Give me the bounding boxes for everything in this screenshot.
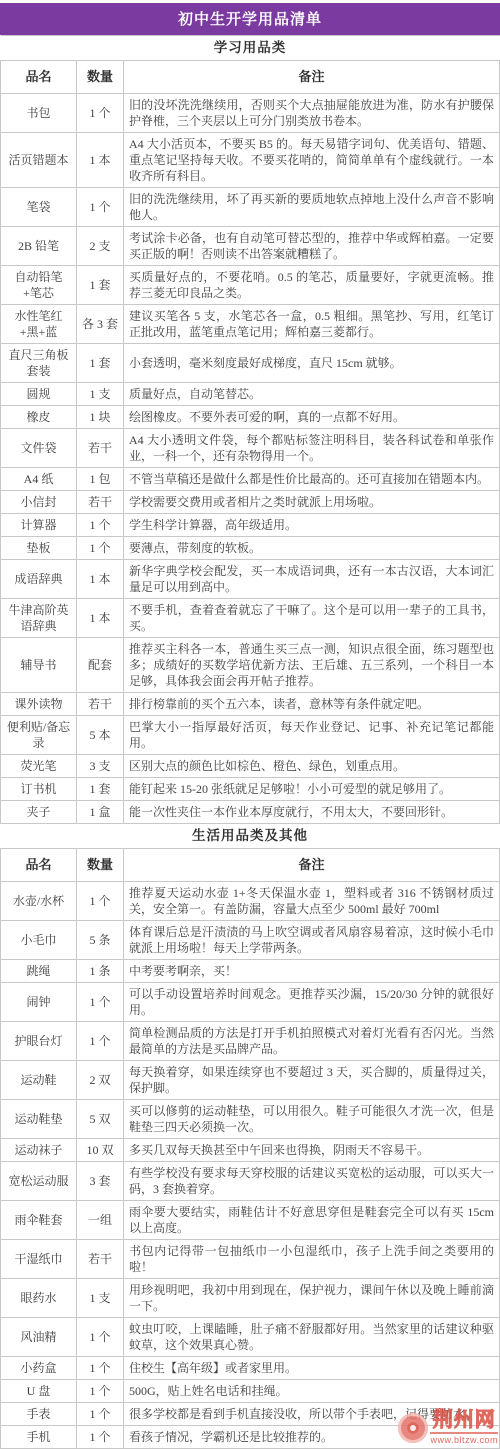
item-name-cell: 小毛巾 (1, 921, 77, 960)
column-header-name: 品名 (1, 61, 77, 94)
table-row: U 盘 1 个 500G，贴上姓名电话和挂绳。 (1, 1380, 500, 1403)
table-row: 文件袋 若干 A4 大小透明文件袋，每个都贴标签注明科目，装各科试卷和单张作业，… (1, 429, 500, 468)
table-row: 手表 1 个 很多学校都是看到手机直接没收，所以带个手表吧，记得要防水。 (1, 1403, 500, 1426)
item-qty-cell: 一组 (77, 1201, 124, 1240)
item-qty-cell: 1 条 (77, 960, 124, 983)
item-name-cell: 风油精 (1, 1318, 77, 1357)
column-header-name: 品名 (1, 849, 77, 882)
item-qty-cell: 1 套 (77, 344, 124, 383)
item-qty-cell: 5 条 (77, 921, 124, 960)
table-row: 自动铅笔+笔芯 1 套 买质量好点的，不要花哨。0.5 的笔芯，质量要好，字就更… (1, 266, 500, 305)
item-qty-cell: 2 支 (77, 227, 124, 266)
item-qty-cell: 各 3 套 (77, 305, 124, 344)
table-row: 水壶/水杯 1 个 推荐夏天运动水壶 1+冬天保温水壶 1，塑料或者 316 不… (1, 882, 500, 921)
item-note-cell: 要薄点，带刻度的软板。 (124, 537, 500, 560)
item-note-cell: 看孩子情况，学霸机还是比较推荐的。 (124, 1426, 500, 1449)
item-note-cell: 旧的没坏洗洗继续用，否则买个大点抽屉能放进为准，防水有护腰保护脊椎，三个夹层以上… (124, 94, 500, 133)
table-row: 直尺三角板套装 1 套 小套透明，毫米刻度最好成梯度，直尺 15cm 就够。 (1, 344, 500, 383)
table-row: 小信封 若干 学校需要交费用或者相片之类时就派上用场啦。 (1, 491, 500, 514)
column-header-row: 品名 数量 备注 (1, 61, 500, 94)
item-qty-cell: 若干 (77, 693, 124, 716)
item-note-cell: 简单检测品质的方法是打开手机拍照模式对着灯光看有否闪光。当然最简单的方法是买品牌… (124, 1022, 500, 1061)
item-note-cell: 500G，贴上姓名电话和挂绳。 (124, 1380, 500, 1403)
item-qty-cell: 1 个 (77, 1357, 124, 1380)
table-row: 夹子 1 盒 能一次性夹住一本作业本厚度就行，不用太大，不要回形针。 (1, 801, 500, 824)
item-name-cell: U 盘 (1, 1380, 77, 1403)
table-row: 运动鞋 2 双 每天换着穿，如果连续穿也不要超过 3 天，买合脚的，质量得过关，… (1, 1061, 500, 1100)
item-note-cell: A4 大小活页本，不要买 B5 的。每天易错字词句、优美语句、错题、重点笔记坚持… (124, 133, 500, 188)
supplies-checklist-document: 初中生开学用品清单 学习用品类 品名 数量 备注 书包 1 个 旧的没坏洗洗继续… (0, 0, 500, 1449)
table-row: 闹钟 1 个 可以手动设置培养时间观念。更推荐买沙漏，15/20/30 分钟的就… (1, 983, 500, 1022)
table-row: 书包 1 个 旧的没坏洗洗继续用，否则买个大点抽屉能放进为准，防水有护腰保护脊椎… (1, 94, 500, 133)
section-header-label: 学习用品类 (1, 36, 500, 61)
item-note-cell: 小套透明，毫米刻度最好成梯度，直尺 15cm 就够。 (124, 344, 500, 383)
item-name-cell: 干湿纸巾 (1, 1240, 77, 1279)
item-name-cell: 文件袋 (1, 429, 77, 468)
item-name-cell: 水壶/水杯 (1, 882, 77, 921)
item-name-cell: 订书机 (1, 778, 77, 801)
item-qty-cell: 2 双 (77, 1061, 124, 1100)
item-note-cell: 雨伞要大要结实，雨鞋估计不好意思穿但是鞋套完全可以有买 15cm 以上高度。 (124, 1201, 500, 1240)
item-note-cell: 考试涂卡必备，也有自动笔可替芯型的，推荐中华或辉柏嘉。一定要买正版的啊！否则读不… (124, 227, 500, 266)
item-qty-cell: 若干 (77, 1240, 124, 1279)
table-row: 护眼台灯 1 个 简单检测品质的方法是打开手机拍照模式对着灯光看有否闪光。当然最… (1, 1022, 500, 1061)
item-note-cell: 建议买笔各 5 支，水笔芯各一盒，0.5 粗细。黑笔抄、写用，红笔订正批改用，蓝… (124, 305, 500, 344)
item-note-cell: 体育课后总是汗渍渍的马上吹空调或者风扇容易着凉，这时候小毛巾就派上用场啦！每天上… (124, 921, 500, 960)
item-name-cell: 2B 铅笔 (1, 227, 77, 266)
item-qty-cell: 1 块 (77, 406, 124, 429)
table-row: 订书机 1 套 能钉起来 15-20 张纸就足足够啦！小小可爱型的就足够用了。 (1, 778, 500, 801)
item-note-cell: 旧的洗洗继续用，坏了再买新的要质地软点掉地上没什么声音不影响他人。 (124, 188, 500, 227)
table-row: 手机 1 个 看孩子情况，学霸机还是比较推荐的。 (1, 1426, 500, 1449)
item-name-cell: 眼药水 (1, 1279, 77, 1318)
item-name-cell: 小药盒 (1, 1357, 77, 1380)
item-qty-cell: 1 本 (77, 599, 124, 638)
item-qty-cell: 1 个 (77, 188, 124, 227)
item-qty-cell: 3 支 (77, 755, 124, 778)
table-row: 牛津高阶英语辞典 1 本 不要手机，查着查着就忘了干嘛了。这个是可以用一辈子的工… (1, 599, 500, 638)
item-note-cell: 用珍视明吧，我初中用到现在，保护视力，课间午休以及晚上睡前滴一下。 (124, 1279, 500, 1318)
section-header-row: 生活用品类及其他 (1, 824, 500, 849)
item-qty-cell: 1 个 (77, 1318, 124, 1357)
item-qty-cell: 1 盒 (77, 801, 124, 824)
table-row: 干湿纸巾 若干 书包内记得带一包抽纸巾一小包湿纸巾，孩子上洗手间之类要用的啦！ (1, 1240, 500, 1279)
item-qty-cell: 1 支 (77, 383, 124, 406)
item-note-cell: 不管当草稿还是做什么都是性价比最高的。还可直接加在错题本内。 (124, 468, 500, 491)
item-name-cell: 水性笔红+黑+蓝 (1, 305, 77, 344)
table-row: 运动袜子 10 双 多买几双每天换甚至中午回来也得换，阴雨天不容易干。 (1, 1139, 500, 1162)
item-name-cell: 雨伞鞋套 (1, 1201, 77, 1240)
item-note-cell: 住校生【高年级】或者家里用。 (124, 1357, 500, 1380)
item-qty-cell: 1 个 (77, 1380, 124, 1403)
table-row: 圆规 1 支 质量好点，自动笔替芯。 (1, 383, 500, 406)
item-name-cell: 自动铅笔+笔芯 (1, 266, 77, 305)
column-header-note: 备注 (124, 61, 500, 94)
table-row: 运动鞋垫 5 双 买可以修剪的运动鞋垫，可以用很久。鞋子可能很久才洗一次，但是鞋… (1, 1100, 500, 1139)
table-row: 2B 铅笔 2 支 考试涂卡必备，也有自动笔可替芯型的，推荐中华或辉柏嘉。一定要… (1, 227, 500, 266)
item-name-cell: 便利贴/备忘录 (1, 716, 77, 755)
item-name-cell: 运动袜子 (1, 1139, 77, 1162)
table-row: 活页错题本 1 本 A4 大小活页本，不要买 B5 的。每天易错字词句、优美语句… (1, 133, 500, 188)
item-name-cell: 笔袋 (1, 188, 77, 227)
item-qty-cell: 5 双 (77, 1100, 124, 1139)
item-qty-cell: 1 个 (77, 514, 124, 537)
table-row: 小毛巾 5 条 体育课后总是汗渍渍的马上吹空调或者风扇容易着凉，这时候小毛巾就派… (1, 921, 500, 960)
item-note-cell: 中考要考啊亲，买！ (124, 960, 500, 983)
item-name-cell: 夹子 (1, 801, 77, 824)
table-row: 垫板 1 个 要薄点，带刻度的软板。 (1, 537, 500, 560)
item-qty-cell: 1 个 (77, 94, 124, 133)
table-row: 计算器 1 个 学生科学计算器，高年级适用。 (1, 514, 500, 537)
column-header-qty: 数量 (77, 61, 124, 94)
table-row: 成语辞典 1 本 新华字典学校会配发，买一本成语词典，还有一本古汉语，大本词汇量… (1, 560, 500, 599)
supplies-table: 学习用品类 品名 数量 备注 书包 1 个 旧的没坏洗洗继续用，否则买个大点抽屉… (0, 35, 500, 1449)
item-name-cell: 跳绳 (1, 960, 77, 983)
item-note-cell: 能钉起来 15-20 张纸就足足够啦！小小可爱型的就足够用了。 (124, 778, 500, 801)
item-qty-cell: 1 包 (77, 468, 124, 491)
item-qty-cell: 1 个 (77, 1022, 124, 1061)
item-name-cell: 闹钟 (1, 983, 77, 1022)
item-note-cell: A4 大小透明文件袋，每个都贴标签注明科目，装各科试卷和单张作业，一科一个，还有… (124, 429, 500, 468)
item-qty-cell: 若干 (77, 491, 124, 514)
item-name-cell: 橡皮 (1, 406, 77, 429)
item-name-cell: 圆规 (1, 383, 77, 406)
table-row: 课外读物 若干 排行榜靠前的买个五六本，读者，意林等有条件就定吧。 (1, 693, 500, 716)
item-name-cell: 牛津高阶英语辞典 (1, 599, 77, 638)
item-note-cell: 推荐买主科各一本，普通生买三点一测，知识点很全面，练习题型也多；成绩好的买数学培… (124, 638, 500, 693)
table-row: 雨伞鞋套 一组 雨伞要大要结实，雨鞋估计不好意思穿但是鞋套完全可以有买 15cm… (1, 1201, 500, 1240)
item-name-cell: 垫板 (1, 537, 77, 560)
item-name-cell: 书包 (1, 94, 77, 133)
table-row: 荧光笔 3 支 区别大点的颜色比如棕色、橙色、绿色，划重点用。 (1, 755, 500, 778)
item-qty-cell: 1 套 (77, 266, 124, 305)
item-note-cell: 区别大点的颜色比如棕色、橙色、绿色，划重点用。 (124, 755, 500, 778)
column-header-row: 品名 数量 备注 (1, 849, 500, 882)
item-qty-cell: 1 个 (77, 983, 124, 1022)
item-qty-cell: 1 个 (77, 1426, 124, 1449)
item-qty-cell: 10 双 (77, 1139, 124, 1162)
item-qty-cell: 1 本 (77, 560, 124, 599)
item-name-cell: 小信封 (1, 491, 77, 514)
item-note-cell: 每天换着穿，如果连续穿也不要超过 3 天，买合脚的，质量得过关，保护脚。 (124, 1061, 500, 1100)
item-qty-cell: 若干 (77, 429, 124, 468)
item-note-cell: 很多学校都是看到手机直接没收，所以带个手表吧，记得要防水。 (124, 1403, 500, 1426)
item-qty-cell: 1 套 (77, 778, 124, 801)
item-qty-cell: 1 个 (77, 1403, 124, 1426)
table-row: 眼药水 1 支 用珍视明吧，我初中用到现在，保护视力，课间午休以及晚上睡前滴一下… (1, 1279, 500, 1318)
item-name-cell: 辅导书 (1, 638, 77, 693)
item-name-cell: 护眼台灯 (1, 1022, 77, 1061)
item-note-cell: 绘图橡皮。不要外表可爱的啊，真的一点都不好用。 (124, 406, 500, 429)
item-note-cell: 推荐夏天运动水壶 1+冬天保温水壶 1，塑料或者 316 不锈钢材质过关，安全第… (124, 882, 500, 921)
item-qty-cell: 配套 (77, 638, 124, 693)
item-name-cell: 宽松运动服 (1, 1162, 77, 1201)
item-qty-cell: 1 本 (77, 133, 124, 188)
item-note-cell: 质量好点，自动笔替芯。 (124, 383, 500, 406)
item-note-cell: 买质量好点的，不要花哨。0.5 的笔芯，质量要好，字就更流畅。推荐三菱无印良品之… (124, 266, 500, 305)
column-header-note: 备注 (124, 849, 500, 882)
table-row: 小药盒 1 个 住校生【高年级】或者家里用。 (1, 1357, 500, 1380)
item-note-cell: 蚊虫叮咬，上课瞌睡，肚子痛不舒服都好用。当然家里的话建议种驱蚊草，这个效果真心赞… (124, 1318, 500, 1357)
item-name-cell: A4 纸 (1, 468, 77, 491)
item-qty-cell: 1 支 (77, 1279, 124, 1318)
item-name-cell: 手表 (1, 1403, 77, 1426)
item-note-cell: 排行榜靠前的买个五六本，读者，意林等有条件就定吧。 (124, 693, 500, 716)
item-qty-cell: 1 个 (77, 882, 124, 921)
item-note-cell: 学生科学计算器，高年级适用。 (124, 514, 500, 537)
item-note-cell: 买可以修剪的运动鞋垫，可以用很久。鞋子可能很久才洗一次，但是鞋垫三四天必须换一次… (124, 1100, 500, 1139)
table-row: 橡皮 1 块 绘图橡皮。不要外表可爱的啊，真的一点都不好用。 (1, 406, 500, 429)
item-name-cell: 成语辞典 (1, 560, 77, 599)
table-row: 宽松运动服 3 套 有些学校没有要求每天穿校服的话建议买宽松的运动服，可以买大一… (1, 1162, 500, 1201)
table-row: 水性笔红+黑+蓝 各 3 套 建议买笔各 5 支，水笔芯各一盒，0.5 粗细。黑… (1, 305, 500, 344)
table-row: 便利贴/备忘录 5 本 巴掌大小一指厚最好活页，每天作业登记、记事、补充记笔记都… (1, 716, 500, 755)
item-name-cell: 运动鞋垫 (1, 1100, 77, 1139)
item-name-cell: 运动鞋 (1, 1061, 77, 1100)
item-name-cell: 直尺三角板套装 (1, 344, 77, 383)
item-note-cell: 可以手动设置培养时间观念。更推荐买沙漏，15/20/30 分钟的就很好用。 (124, 983, 500, 1022)
item-note-cell: 不要手机，查着查着就忘了干嘛了。这个是可以用一辈子的工具书，买。 (124, 599, 500, 638)
table-row: 笔袋 1 个 旧的洗洗继续用，坏了再买新的要质地软点掉地上没什么声音不影响他人。 (1, 188, 500, 227)
item-note-cell: 书包内记得带一包抽纸巾一小包湿纸巾，孩子上洗手间之类要用的啦！ (124, 1240, 500, 1279)
table-row: A4 纸 1 包 不管当草稿还是做什么都是性价比最高的。还可直接加在错题本内。 (1, 468, 500, 491)
section-header-row: 学习用品类 (1, 36, 500, 61)
table-row: 跳绳 1 条 中考要考啊亲，买！ (1, 960, 500, 983)
table-row: 辅导书 配套 推荐买主科各一本，普通生买三点一测，知识点很全面，练习题型也多；成… (1, 638, 500, 693)
item-qty-cell: 3 套 (77, 1162, 124, 1201)
item-note-cell: 新华字典学校会配发，买一本成语词典，还有一本古汉语，大本词汇量足可以用到高中。 (124, 560, 500, 599)
page-title: 初中生开学用品清单 (0, 3, 500, 35)
section-header-label: 生活用品类及其他 (1, 824, 500, 849)
item-note-cell: 巴掌大小一指厚最好活页，每天作业登记、记事、补充记笔记都能用。 (124, 716, 500, 755)
item-name-cell: 活页错题本 (1, 133, 77, 188)
item-name-cell: 荧光笔 (1, 755, 77, 778)
item-note-cell: 学校需要交费用或者相片之类时就派上用场啦。 (124, 491, 500, 514)
item-name-cell: 计算器 (1, 514, 77, 537)
table-row: 风油精 1 个 蚊虫叮咬，上课瞌睡，肚子痛不舒服都好用。当然家里的话建议种驱蚊草… (1, 1318, 500, 1357)
item-note-cell: 能一次性夹住一本作业本厚度就行，不用太大，不要回形针。 (124, 801, 500, 824)
item-note-cell: 有些学校没有要求每天穿校服的话建议买宽松的运动服，可以买大一码，3 套换着穿。 (124, 1162, 500, 1201)
item-name-cell: 课外读物 (1, 693, 77, 716)
item-note-cell: 多买几双每天换甚至中午回来也得换，阴雨天不容易干。 (124, 1139, 500, 1162)
column-header-qty: 数量 (77, 849, 124, 882)
item-qty-cell: 5 本 (77, 716, 124, 755)
item-qty-cell: 1 个 (77, 537, 124, 560)
item-name-cell: 手机 (1, 1426, 77, 1449)
